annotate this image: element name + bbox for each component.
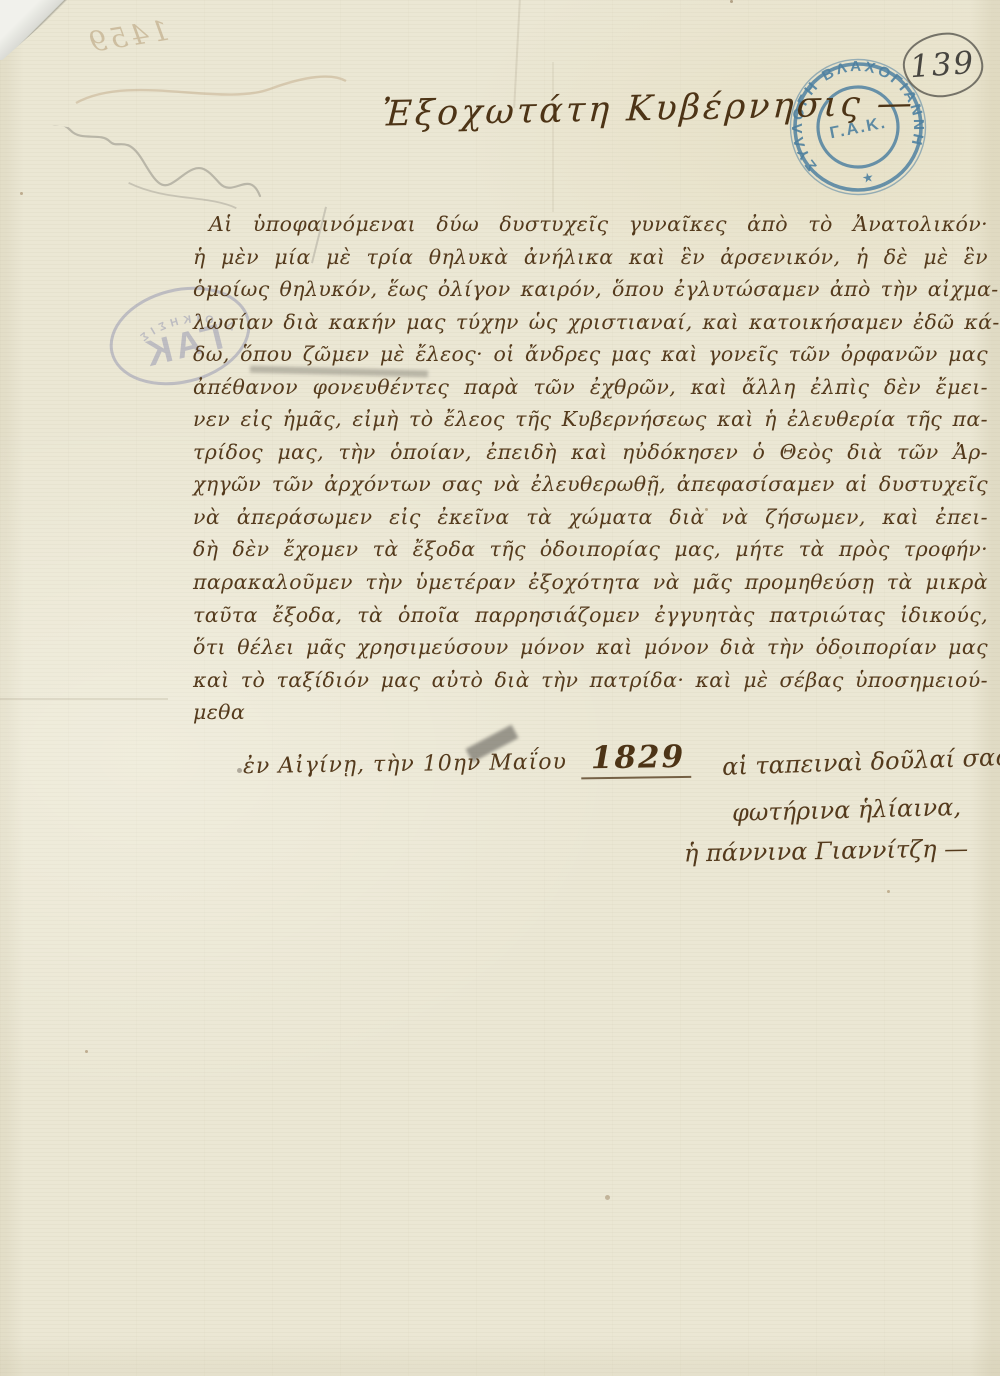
body-line: παρακαλοῦμεν τὴν ὑμετέραν ἐξοχότητα νὰ μ… <box>193 570 988 603</box>
body-line: τρίδος μας, τὴν ὁποίαν, ἐπειδὴ καὶ ηὐδόκ… <box>193 440 988 473</box>
body-line: ὅτι θέλει μᾶς χρησιμεύσουν μόνον καὶ μόν… <box>193 635 988 668</box>
stamp-star-icon: ★ <box>861 170 875 187</box>
signature-line-2: φωτήρινα ἡλίαινα, <box>732 793 962 827</box>
dateline-place: ἐν Αἰγίνῃ, τὴν 10ην Μαΐου <box>243 750 567 780</box>
body-line: Αἱ ὑποφαινόμεναι δύω δυστυχεῖς γυναῖκες … <box>193 212 988 245</box>
letter-body: Αἱ ὑποφαινόμεναι δύω δυστυχεῖς γυναῖκες … <box>193 212 988 733</box>
body-line: καὶ τὸ ταξίδιόν μας αὐτὸ διὰ τὴν πατρίδα… <box>193 668 988 701</box>
body-line: ταῦτα ἔξοδα, τὰ ὁποῖα παρρησιάζομεν ἐγγυ… <box>193 603 988 636</box>
body-line: ἡ μὲν μία μὲ τρία θηλυκὰ ἀνήλικα καὶ ἓν … <box>193 245 988 278</box>
body-line: νεν εἰς ἡμᾶς, εἰμὴ τὸ ἔλεος τῆς Κυβερνήσ… <box>193 407 988 440</box>
crease-vertical-title <box>552 62 554 212</box>
body-line: ὁμοίως θηλυκόν, ἕως ὀλίγον καιρόν, ὅπου … <box>193 277 988 310</box>
crease-horizontal-left <box>0 698 168 700</box>
body-line: ἀπέθανον φονευθέντες παρὰ τῶν ἐχθρῶν, κα… <box>193 375 988 408</box>
body-line: χηγῶν τῶν ἀρχόντων σας νὰ ἐλευθερωθῇ, ἀπ… <box>193 472 988 505</box>
body-line: δω, ὅπου ζῶμεν μὲ ἔλεος· οἱ ἄνδρες μας κ… <box>193 342 988 375</box>
body-line: λωσίαν διὰ κακήν μας τύχην ὡς χριστιαναί… <box>193 310 988 343</box>
show-through-flourish <box>70 55 350 115</box>
dateline: ἐν Αἰγίνῃ, τὴν 10ην Μαΐου1829 <box>243 739 692 781</box>
collection-stamp: ΣΥΛΛΟΓΗ ΒΛΑΧΟΓΙΑΝΝΗ Γ.Α.Κ. ★ <box>770 39 946 215</box>
dateline-year: 1829 <box>581 739 692 780</box>
signature-line-3: ἡ πάννινα Γιαννίτζη — <box>684 835 969 868</box>
body-line: δὴ δὲν ἔχομεν τὰ ἔξοδα τῆς ὁδοιπορίας μα… <box>193 537 988 570</box>
body-line: νὰ ἀπεράσωμεν εἰς ἐκεῖνα τὰ χώματα διὰ ν… <box>193 505 988 538</box>
body-line-closing: μεθα <box>193 700 988 733</box>
